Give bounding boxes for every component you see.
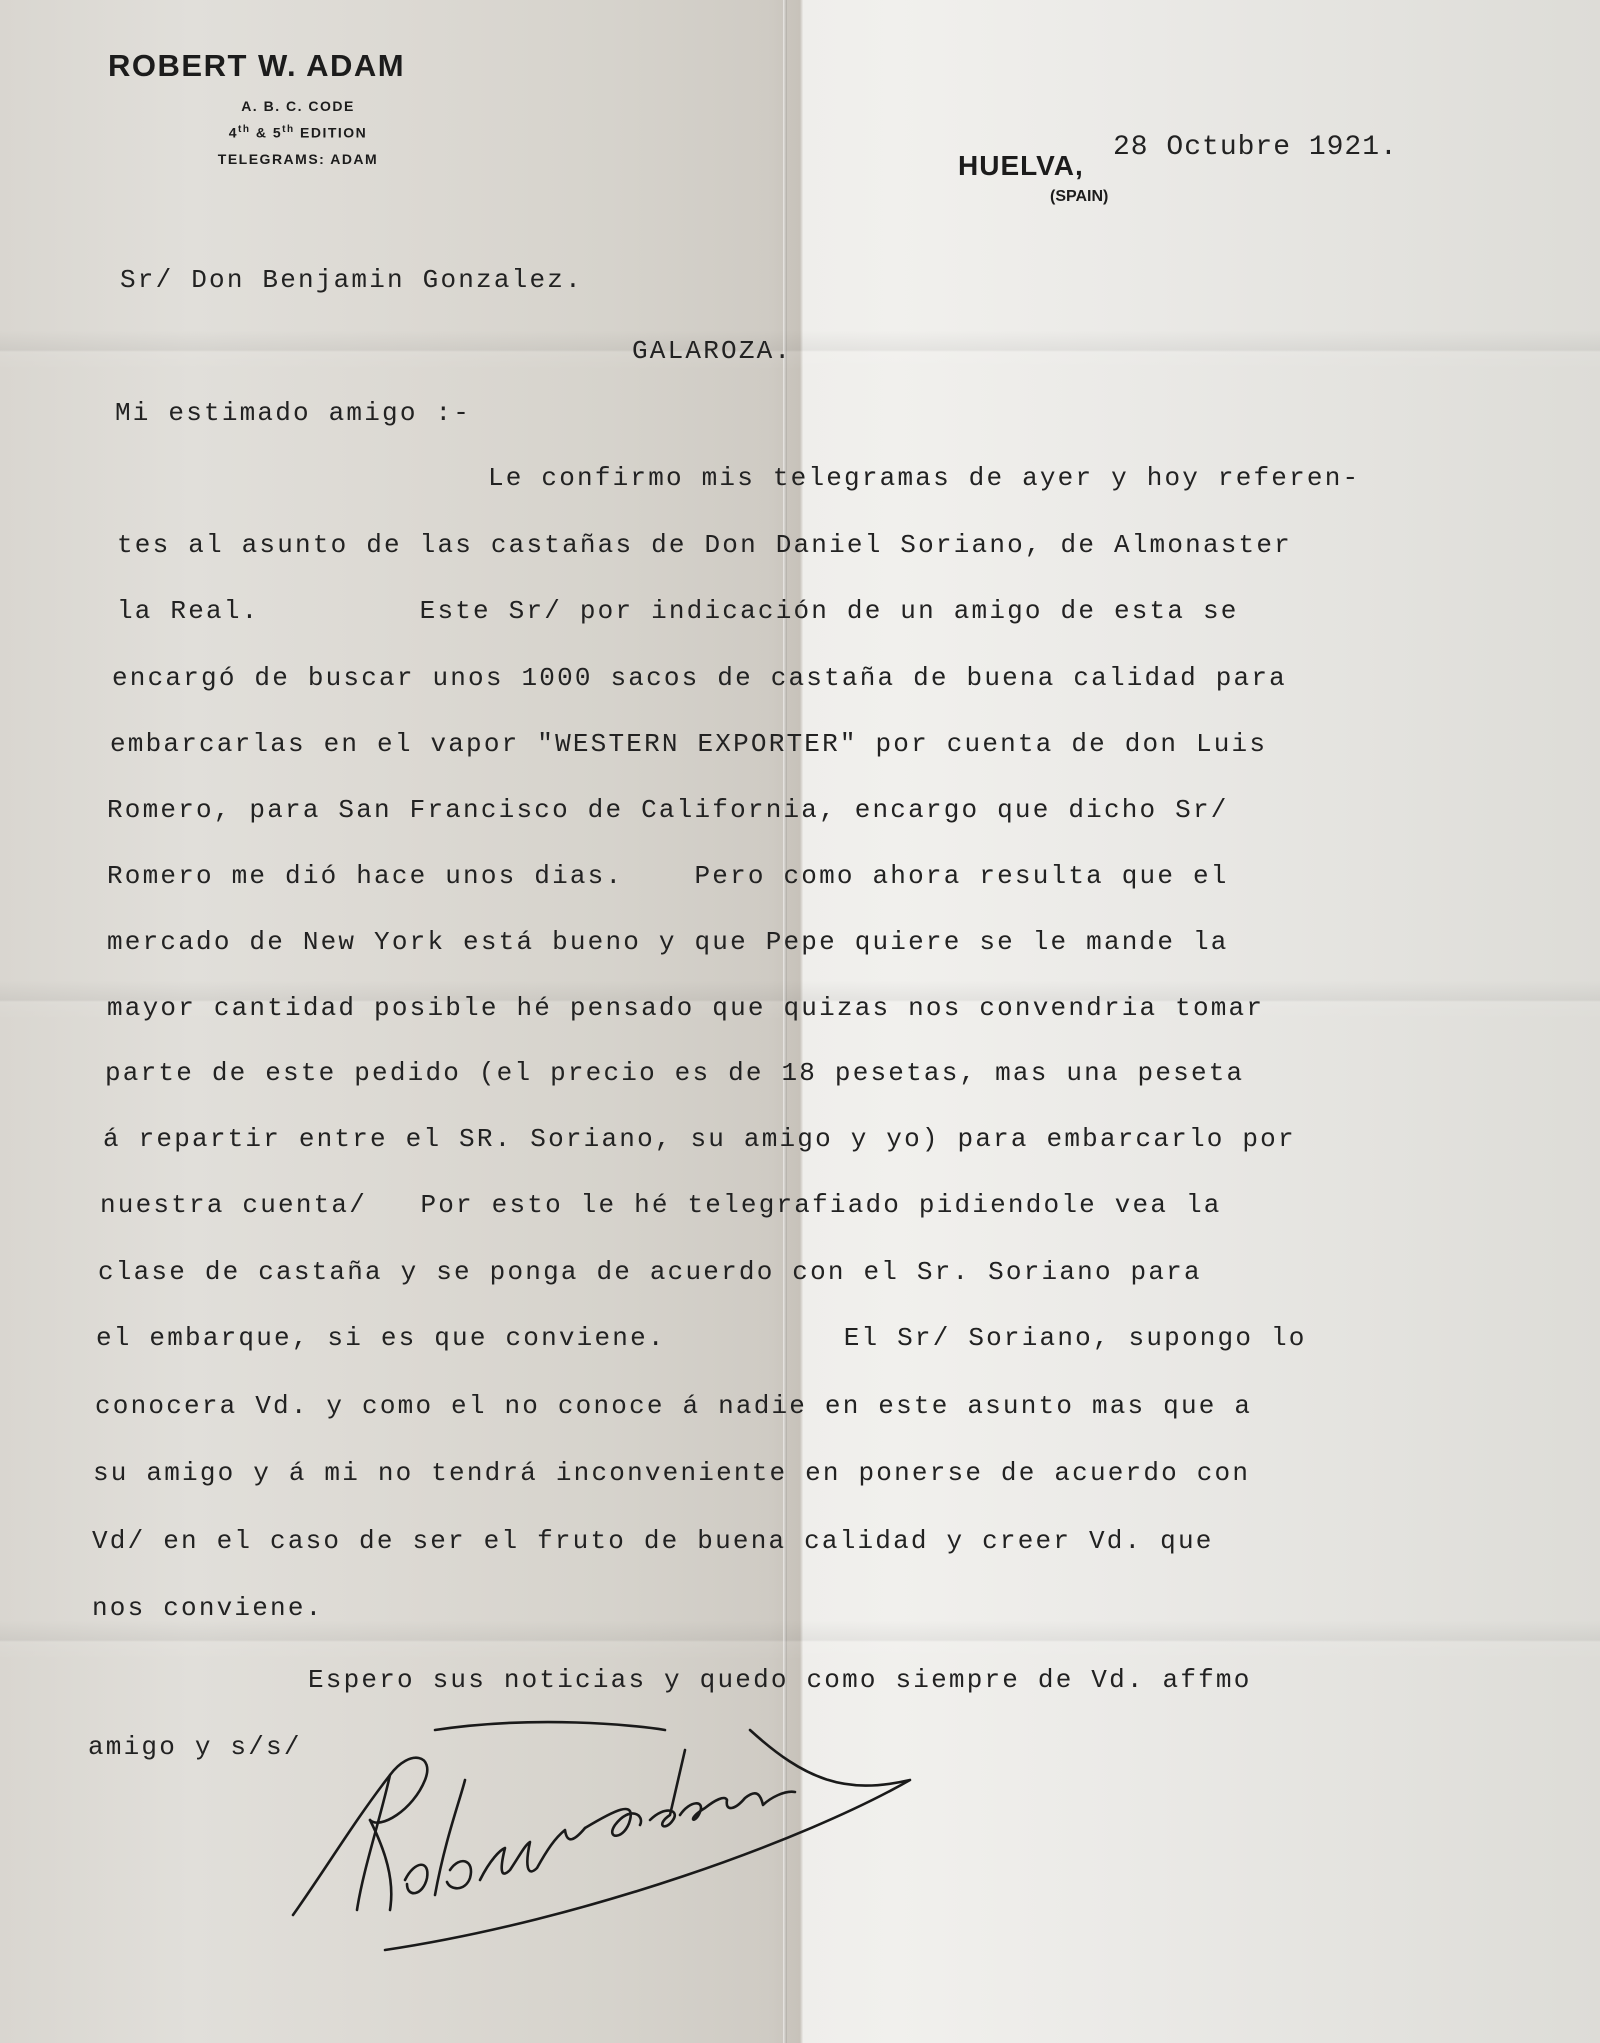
body-line: Romero me dió hace unos dias. Pero como … <box>107 861 1229 891</box>
body-line: el embarque, si es que conviene. El Sr/ … <box>96 1323 1307 1353</box>
letterhead: ROBERT W. ADAM A. B. C. CODE 4th & 5th E… <box>108 48 488 167</box>
closing-line: amigo y s/s/ <box>88 1732 302 1762</box>
sender-name: ROBERT W. ADAM <box>108 48 488 84</box>
edition: 4th & 5th EDITION <box>108 124 488 141</box>
place: HUELVA, (SPAIN) <box>958 150 1108 206</box>
body-line: mayor cantidad posible hé pensado que qu… <box>107 993 1264 1023</box>
handwritten-signature <box>285 1720 925 1960</box>
body-line: embarcarlas en el vapor "WESTERN EXPORTE… <box>110 729 1267 759</box>
paper-fold <box>0 330 1600 370</box>
body-line: la Real. Este Sr/ por indicación de un a… <box>117 596 1239 626</box>
body-line: su amigo y á mi no tendrá inconveniente … <box>93 1458 1250 1488</box>
body-line: Romero, para San Francisco de California… <box>107 795 1229 825</box>
body-line: conocera Vd. y como el no conoce á nadie… <box>95 1391 1252 1421</box>
body-line: nos conviene. <box>92 1593 323 1623</box>
recipient-name: Sr/ Don Benjamin Gonzalez. <box>120 265 583 295</box>
body-line: nuestra cuenta/ Por esto le hé telegrafi… <box>100 1190 1222 1220</box>
body-line: clase de castaña y se ponga de acuerdo c… <box>98 1257 1202 1287</box>
recipient-town: GALAROZA. <box>632 336 792 366</box>
body-line: á repartir entre el SR. Soriano, su amig… <box>103 1124 1296 1154</box>
body-line: parte de este pedido (el precio es de 18… <box>105 1058 1244 1088</box>
body-line: Le confirmo mis telegramas de ayer y hoy… <box>488 463 1360 493</box>
telegrams: TELEGRAMS: ADAM <box>108 151 488 167</box>
body-line: encargó de buscar unos 1000 sacos de cas… <box>112 663 1287 693</box>
city: HUELVA, <box>958 150 1108 182</box>
country: (SPAIN) <box>1050 188 1108 206</box>
letter-page: ROBERT W. ADAM A. B. C. CODE 4th & 5th E… <box>0 0 1600 2043</box>
body-line: Vd/ en el caso de ser el fruto de buena … <box>92 1526 1214 1556</box>
body-line: tes al asunto de las castañas de Don Dan… <box>117 530 1292 560</box>
closing-line: Espero sus noticias y quedo como siempre… <box>308 1665 1252 1695</box>
salutation: Mi estimado amigo :- <box>115 398 471 428</box>
letter-date: 28 Octubre 1921. <box>1113 132 1398 163</box>
body-line: mercado de New York está bueno y que Pep… <box>107 927 1229 957</box>
abc-code: A. B. C. CODE <box>108 98 488 114</box>
paper-fold <box>0 1620 1600 1660</box>
